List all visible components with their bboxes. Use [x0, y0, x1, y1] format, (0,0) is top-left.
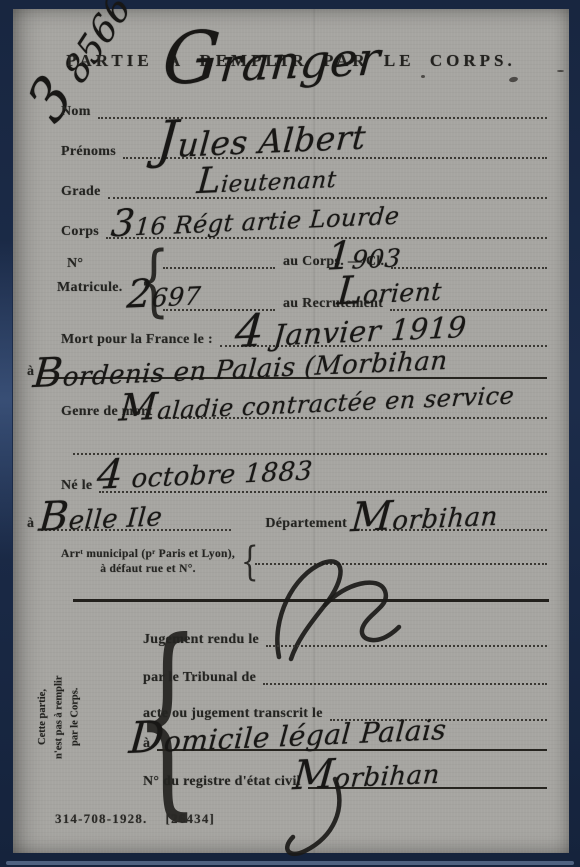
print-bracket-number: [26434] — [166, 811, 216, 826]
ink-speck — [557, 70, 564, 72]
field-row-jugement-rendu: Jugement rendu le — [143, 625, 547, 647]
handwritten-grade: Lieutenant — [196, 158, 339, 200]
tribunal-line — [263, 681, 547, 685]
record-card: 3 8566 PARTIE À REMPLIR PAR LE CORPS. No… — [13, 9, 569, 853]
arr-municipal-label-block: Arrᵗ municipal (pʳ Paris et Lyon), à déf… — [61, 549, 235, 575]
scanned-record: 3 8566 PARTIE À REMPLIR PAR LE CORPS. No… — [0, 0, 580, 867]
grade-label: Grade — [61, 185, 101, 199]
jugement-rendu-line — [266, 643, 547, 647]
handwritten-nom: Granger — [160, 14, 384, 95]
jugement-rendu-label: Jugement rendu le — [143, 633, 259, 647]
print-code: 314-708-1928. — [55, 811, 148, 826]
side-note-line-3: par le Corps. — [68, 637, 84, 797]
registre-descender-flourish — [275, 775, 355, 857]
side-note: Cette partie, n'est pas à remplir par le… — [35, 637, 91, 797]
side-note-line-1: Cette partie, — [35, 637, 51, 797]
nom-label: Nom — [61, 105, 91, 119]
naissance-a-label: à — [27, 517, 34, 531]
print-reference: 314-708-1928.[26434] — [55, 811, 215, 827]
departement-label: Département — [265, 517, 347, 531]
handwritten-departement: Morbihan — [349, 492, 499, 539]
field-row-tribunal: par le Tribunal de — [143, 663, 547, 685]
handwritten-naissance-lieu: Belle Ile — [37, 492, 164, 538]
matricule-corps-line — [163, 265, 275, 269]
arr-municipal-label-1: Arrᵗ municipal (pʳ Paris et Lyon), — [61, 549, 235, 561]
prenoms-label: Prénoms — [61, 145, 116, 159]
ink-speck — [421, 75, 425, 78]
ink-smudge — [509, 76, 519, 83]
corps-label: Corps — [61, 225, 99, 239]
matricule-label: Matricule. — [57, 281, 123, 295]
ne-le-label: Né le — [61, 479, 92, 493]
tribunal-label: par le Tribunal de — [143, 671, 256, 685]
mort-label: Mort pour la France le : — [61, 333, 213, 347]
arr-municipal-label-2: à défaut rue et N°. — [61, 564, 235, 576]
side-note-line-2: n'est pas à remplir — [51, 637, 67, 797]
matricule-no-label: N° — [67, 257, 83, 271]
handwritten-numero: 2697 — [126, 273, 203, 315]
classe-line — [391, 265, 547, 269]
